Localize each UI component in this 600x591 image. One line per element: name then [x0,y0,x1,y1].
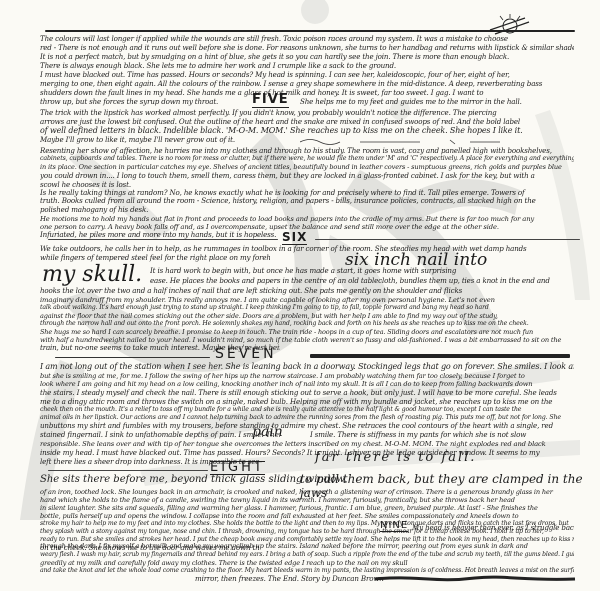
text-line: It is hard work to begin with, but once … [150,266,574,276]
section-header-seven: SEVEN [215,346,277,362]
handwritten-page: The colours will last longer if applied … [0,0,600,591]
divider-rule [48,239,278,240]
emphasis-far-to-fall: far there is to fall. [315,450,476,465]
emphasis-pain: pain [252,424,283,440]
divider-rule [315,239,580,240]
emphasis-my-skull: my skull. [42,262,142,287]
text-line: My head is heavier than ever, as I strug… [412,523,574,533]
section-header-eight: EIGHT [210,461,265,475]
section-header-five: FIVE [252,92,289,108]
text-line: ease. He places the books and papers in … [150,276,574,286]
text-line: throw up, but she forces the syrup down … [40,97,270,107]
text-line: She helps me to my feet and guides me to… [300,97,574,107]
section-header-six: SIX [282,230,307,245]
divider-rule [48,470,208,471]
divider-rule [55,357,210,358]
section-header-nine: NINE [380,520,408,532]
brush-divider [310,354,570,358]
brush-stroke-footer [375,573,585,585]
